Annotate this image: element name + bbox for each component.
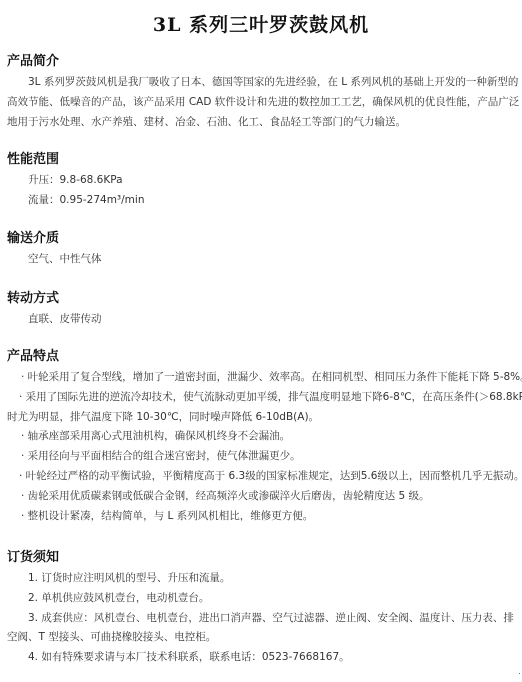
- pressure-label: 升压：: [28, 174, 60, 186]
- ordering-item-2: 2. 单机供应鼓风机壹台，电动机壹台。: [7, 589, 517, 609]
- section-heading-performance: 性能范围: [7, 150, 517, 170]
- flow-label: 流量：: [28, 194, 60, 206]
- section-heading-drive: 转动方式: [7, 289, 517, 309]
- pressure-value: 9.8-68.6KPa: [60, 174, 123, 186]
- section-heading-ordering: 订货须知: [7, 548, 517, 568]
- section-heading-medium: 输送介质: [7, 229, 517, 249]
- ordering-item-3: 3. 成套供应：风机壹台、电机壹台，进出口消声器、空气过滤器、逆止阀、安全阀、温…: [7, 609, 517, 629]
- feature-item-7: · 整机设计紧凑，结构简单，与 L 系列风机相比，维修更方便。: [7, 507, 517, 527]
- ordering-item-1: 1. 订货时应注明风机的型号、升压和流量。: [7, 569, 517, 589]
- feature-item-4: · 采用径向与平面相结合的组合迷宫密封，使气体泄漏更少。: [7, 447, 517, 467]
- feature-item-2-cont: 时尤为明显，排气温度下降 10-30℃，同时噪声降低 6-10dB(A)。: [7, 408, 517, 428]
- feature-item-1: · 叶轮采用了复合型线，增加了一道密封面，泄漏少、效率高。在相同机型、相同压力条…: [7, 368, 517, 388]
- feature-item-2: · 采用了国际先进的逆流冷却技术，使气流脉动更加平缓，排气温度明显地下降6-8℃…: [7, 388, 517, 408]
- section-drive: 转动方式 直联、皮带传动: [7, 289, 517, 330]
- page-title: 3L 系列三叶罗茨鼓风机: [0, 10, 522, 37]
- medium-text: 空气、中性气体: [7, 250, 517, 270]
- stray-dot: [519, 673, 520, 674]
- product-document: 3L 系列三叶罗茨鼓风机 产品简介 3L 系列罗茨鼓风机是我厂吸收了日本、德国等…: [0, 0, 522, 682]
- intro-line-1: 3L 系列罗茨鼓风机是我厂吸收了日本、德国等国家的先进经验，在 L 系列风机的基…: [7, 73, 517, 93]
- section-medium: 输送介质 空气、中性气体: [7, 229, 517, 270]
- feature-item-5: · 叶轮经过严格的动平衡试验，平衡精度高于 6.3级的国家标准规定，达到5.6级…: [7, 467, 517, 487]
- ordering-item-4: 4. 如有特殊要求请与本厂技术科联系，联系电话：0523-7668167。: [7, 648, 517, 668]
- feature-item-6: · 齿轮采用优质碳素钢或低碳合金钢，经高频淬火或渗碳淬火后磨齿，齿轮精度达 5 …: [7, 487, 517, 507]
- section-features: 产品特点 · 叶轮采用了复合型线，增加了一道密封面，泄漏少、效率高。在相同机型、…: [7, 347, 517, 526]
- section-performance: 性能范围 升压：9.8-68.6KPa 流量：0.95-274m³/min: [7, 150, 517, 211]
- section-heading-features: 产品特点: [7, 347, 517, 367]
- feature-item-3: · 轴承座部采用离心式甩油机构，确保风机终身不会漏油。: [7, 427, 517, 447]
- intro-line-2: 高效节能、低噪音的产品，该产品采用 CAD 软件设计和先进的数控加工工艺，确保风…: [7, 93, 517, 113]
- pressure-row: 升压：9.8-68.6KPa: [7, 171, 517, 191]
- ordering-item-3-cont: 空阀、T 型接头、可曲挠橡胶接头、电控柜。: [7, 628, 517, 648]
- section-heading-intro: 产品简介: [7, 52, 517, 72]
- section-ordering: 订货须知 1. 订货时应注明风机的型号、升压和流量。 2. 单机供应鼓风机壹台，…: [7, 548, 517, 668]
- flow-row: 流量：0.95-274m³/min: [7, 191, 517, 211]
- intro-line-3: 地用于污水处理、水产养殖、建材、冶金、石油、化工、食品轻工等部门的气力输送。: [7, 113, 517, 133]
- section-intro: 产品简介 3L 系列罗茨鼓风机是我厂吸收了日本、德国等国家的先进经验，在 L 系…: [7, 52, 517, 132]
- drive-text: 直联、皮带传动: [7, 310, 517, 330]
- flow-value: 0.95-274m³/min: [60, 194, 145, 206]
